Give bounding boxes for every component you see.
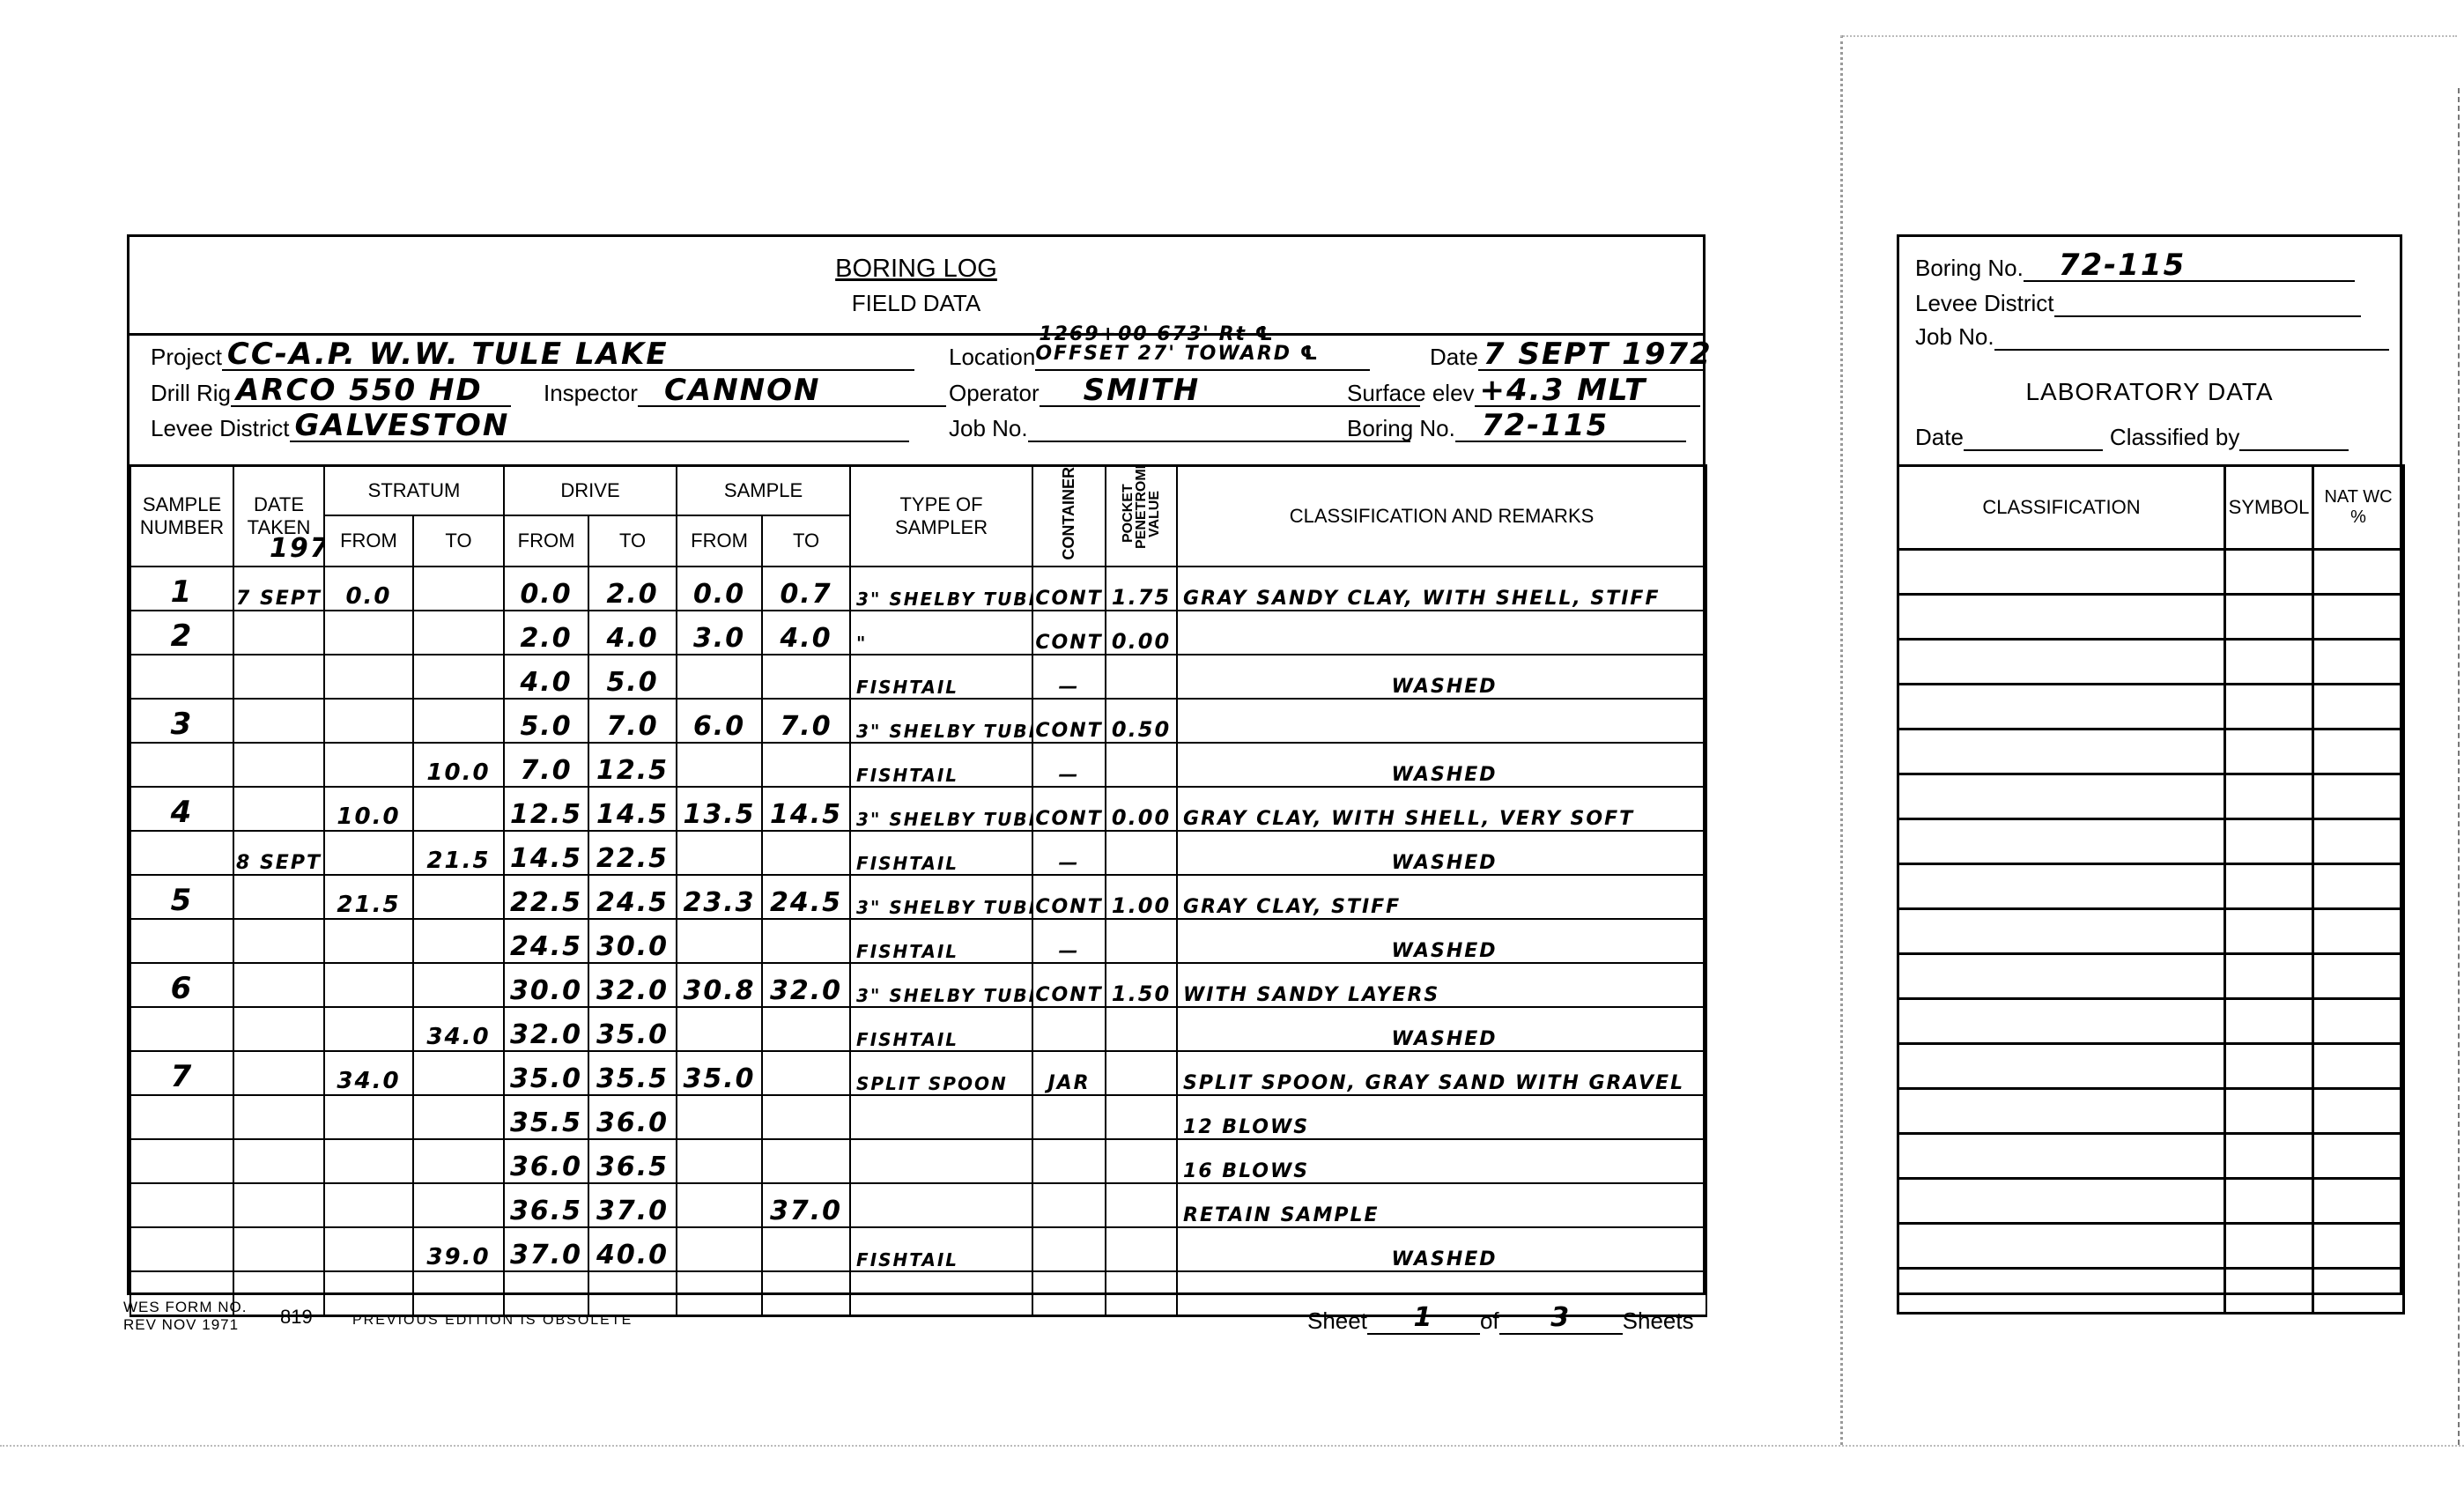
lab-nat-wc-cell[interactable] — [2313, 595, 2404, 640]
stratum-from-cell[interactable]: 21.5 — [324, 875, 413, 919]
penetrometer-cell[interactable] — [1106, 743, 1177, 787]
container-cell[interactable]: CONT — [1032, 699, 1106, 743]
stratum-from-cell[interactable] — [324, 1095, 413, 1139]
date-taken-cell[interactable] — [233, 919, 324, 963]
stratum-from-cell[interactable] — [324, 743, 413, 787]
stratum-from-cell[interactable] — [324, 1139, 413, 1183]
sampler-type-cell[interactable] — [850, 1271, 1032, 1316]
sample-to-cell[interactable]: 4.0 — [762, 611, 850, 655]
container-cell[interactable] — [1032, 1095, 1106, 1139]
remarks-cell[interactable]: RETAIN SAMPLE — [1177, 1183, 1706, 1227]
stratum-from-cell[interactable] — [324, 1183, 413, 1227]
header-sample: SAMPLE — [677, 466, 850, 516]
drive-to-cell[interactable]: 7.0 — [588, 699, 677, 743]
penetrometer-cell[interactable] — [1106, 831, 1177, 875]
lab-symbol-cell[interactable] — [2225, 999, 2313, 1044]
drive-to-cell[interactable]: 4.0 — [588, 611, 677, 655]
lab-symbol-cell[interactable] — [2225, 1089, 2313, 1134]
drive-to-cell[interactable]: 37.0 — [588, 1183, 677, 1227]
lab-symbol-cell[interactable] — [2225, 640, 2313, 685]
drive-from-cell[interactable]: 30.0 — [504, 963, 588, 1007]
stratum-to-cell[interactable]: 34.0 — [413, 1007, 504, 1051]
operator-label: Operator — [949, 380, 1040, 407]
header-stratum: STRATUM — [324, 466, 504, 516]
date-taken-cell[interactable] — [233, 1007, 324, 1051]
stratum-to-cell[interactable] — [413, 919, 504, 963]
drive-to-cell[interactable]: 30.0 — [588, 919, 677, 963]
perforation-line — [1840, 35, 1843, 1445]
penetrometer-cell[interactable]: 0.50 — [1106, 699, 1177, 743]
sampler-type-cell[interactable]: 3" SHELBY TUBE — [850, 567, 1032, 611]
penetrometer-cell[interactable] — [1106, 1007, 1177, 1051]
drive-from-cell[interactable]: 35.5 — [504, 1095, 588, 1139]
remarks-cell[interactable]: GRAY SANDY CLAY, WITH SHELL, STIFF — [1177, 567, 1706, 611]
container-cell[interactable]: CONT — [1032, 611, 1106, 655]
sample-from-cell[interactable]: 13.5 — [677, 787, 762, 831]
container-cell[interactable]: CONT — [1032, 567, 1106, 611]
lab-nat-wc-cell[interactable] — [2313, 640, 2404, 685]
header-drive-from: FROM — [504, 515, 588, 566]
lab-nat-wc-cell[interactable] — [2313, 909, 2404, 954]
remarks-cell[interactable]: WASHED — [1177, 743, 1706, 787]
drive-to-cell[interactable]: 35.0 — [588, 1007, 677, 1051]
sample-number-cell[interactable] — [130, 1007, 233, 1051]
sample-number-cell[interactable] — [130, 655, 233, 699]
container-cell[interactable]: — — [1032, 655, 1106, 699]
drive-to-cell[interactable]: 14.5 — [588, 787, 677, 831]
sample-to-cell[interactable] — [762, 831, 850, 875]
lab-classification-cell[interactable] — [1898, 819, 2225, 864]
lab-symbol-cell[interactable] — [2225, 774, 2313, 819]
lab-levee-district-field[interactable]: Levee District — [1915, 290, 2361, 317]
drive-from-cell[interactable] — [504, 1271, 588, 1316]
sample-to-cell[interactable] — [762, 1139, 850, 1183]
lab-table-row — [1898, 595, 2404, 640]
lab-boring-no-field[interactable]: Boring No. 72-115 — [1915, 255, 2355, 282]
sample-from-cell[interactable] — [677, 1271, 762, 1316]
drive-from-cell[interactable]: 37.0 — [504, 1227, 588, 1271]
sheet-label: Sheet — [1307, 1307, 1367, 1335]
header-sample-from: FROM — [677, 515, 762, 566]
lab-classification-cell[interactable] — [1898, 774, 2225, 819]
sample-to-cell[interactable]: 7.0 — [762, 699, 850, 743]
drive-from-cell[interactable]: 5.0 — [504, 699, 588, 743]
stratum-to-cell[interactable] — [413, 1183, 504, 1227]
lab-nat-wc-cell[interactable] — [2313, 1134, 2404, 1179]
sample-number-cell[interactable] — [130, 743, 233, 787]
form-no-label: WES FORM NO. — [123, 1299, 247, 1316]
sample-number-cell[interactable]: 7 — [130, 1051, 233, 1095]
lab-classified-by-field[interactable] — [2239, 425, 2349, 451]
sample-from-cell[interactable] — [677, 1183, 762, 1227]
lab-classification-cell[interactable] — [1898, 640, 2225, 685]
remarks-cell[interactable]: 12 BLOWS — [1177, 1095, 1706, 1139]
stratum-from-cell[interactable] — [324, 1227, 413, 1271]
stratum-from-cell[interactable] — [324, 655, 413, 699]
lab-nat-wc-cell[interactable] — [2313, 1044, 2404, 1089]
sample-number-cell[interactable] — [130, 1095, 233, 1139]
date-taken-cell[interactable] — [233, 743, 324, 787]
lab-job-no-field[interactable]: Job No. — [1915, 323, 2389, 351]
project-field[interactable]: Project CC-A.P. W.W. TULE LAKE — [151, 343, 914, 371]
drive-from-cell[interactable]: 24.5 — [504, 919, 588, 963]
drive-to-cell[interactable]: 32.0 — [588, 963, 677, 1007]
lab-nat-wc-cell[interactable] — [2313, 729, 2404, 774]
lab-symbol-cell[interactable] — [2225, 729, 2313, 774]
container-cell[interactable] — [1032, 1007, 1106, 1051]
sample-to-cell[interactable]: 0.7 — [762, 567, 850, 611]
lab-classification-cell[interactable] — [1898, 685, 2225, 729]
remarks-cell[interactable]: WASHED — [1177, 831, 1706, 875]
date-taken-cell[interactable]: 7 SEPT — [233, 567, 324, 611]
location-value-line2: OFFSET 27' TOWARD ℄ — [1035, 339, 1319, 369]
sampler-type-cell[interactable]: FISHTAIL — [850, 831, 1032, 875]
penetrometer-cell[interactable] — [1106, 1051, 1177, 1095]
lab-nat-wc-cell[interactable] — [2313, 954, 2404, 999]
container-cell[interactable]: CONT — [1032, 875, 1106, 919]
stratum-from-cell[interactable]: 0.0 — [324, 567, 413, 611]
sheet-number: 1 — [1367, 1302, 1480, 1333]
date-taken-cell[interactable]: 8 SEPT — [233, 831, 324, 875]
sample-number-cell[interactable]: 3 — [130, 699, 233, 743]
lab-nat-wc-cell[interactable] — [2313, 1089, 2404, 1134]
container-cell[interactable]: CONT — [1032, 963, 1106, 1007]
lab-nat-wc-cell[interactable] — [2313, 550, 2404, 595]
stratum-from-cell[interactable] — [324, 1007, 413, 1051]
stratum-to-cell[interactable]: 10.0 — [413, 743, 504, 787]
sheet-number-field[interactable]: 1 — [1367, 1308, 1480, 1335]
remarks-cell[interactable] — [1177, 611, 1706, 655]
stratum-from-cell[interactable] — [324, 699, 413, 743]
lab-classification-table: CLASSIFICATION SYMBOL NAT WC% — [1897, 464, 2405, 1315]
container-cell[interactable]: — — [1032, 919, 1106, 963]
sample-number-cell[interactable] — [130, 1227, 233, 1271]
date-taken-cell[interactable] — [233, 963, 324, 1007]
remarks-cell[interactable]: SPLIT SPOON, GRAY SAND WITH GRAVEL — [1177, 1051, 1706, 1095]
sample-from-cell[interactable]: 0.0 — [677, 567, 762, 611]
stratum-from-cell[interactable] — [324, 1271, 413, 1316]
remarks-cell[interactable]: WASHED — [1177, 655, 1706, 699]
sample-from-cell[interactable]: 6.0 — [677, 699, 762, 743]
drive-from-cell[interactable]: 22.5 — [504, 875, 588, 919]
drive-to-cell[interactable]: 2.0 — [588, 567, 677, 611]
sample-to-cell[interactable] — [762, 655, 850, 699]
lab-table-row — [1898, 1134, 2404, 1179]
sample-to-cell[interactable] — [762, 1007, 850, 1051]
table-row: 734.035.035.535.0SPLIT SPOONJARSPLIT SPO… — [130, 1051, 1706, 1095]
container-cell[interactable] — [1032, 1139, 1106, 1183]
drive-from-cell[interactable]: 14.5 — [504, 831, 588, 875]
lab-table-row — [1898, 954, 2404, 999]
lab-header-classification: CLASSIFICATION — [1898, 466, 2225, 550]
remarks-cell[interactable]: WASHED — [1177, 1227, 1706, 1271]
drive-to-cell[interactable]: 5.0 — [588, 655, 677, 699]
drive-from-cell[interactable]: 36.0 — [504, 1139, 588, 1183]
penetrometer-cell[interactable] — [1106, 1139, 1177, 1183]
drive-to-cell[interactable]: 36.0 — [588, 1095, 677, 1139]
sampler-type-cell[interactable]: FISHTAIL — [850, 919, 1032, 963]
drive-to-cell[interactable]: 12.5 — [588, 743, 677, 787]
drive-from-cell[interactable]: 4.0 — [504, 655, 588, 699]
drive-to-cell[interactable]: 22.5 — [588, 831, 677, 875]
sample-from-cell[interactable] — [677, 1095, 762, 1139]
lab-nat-wc-cell[interactable] — [2313, 1224, 2404, 1269]
sample-number-cell[interactable] — [130, 1139, 233, 1183]
sampler-type-cell[interactable]: " — [850, 611, 1032, 655]
sample-to-cell[interactable]: 37.0 — [762, 1183, 850, 1227]
remarks-cell[interactable] — [1177, 699, 1706, 743]
sample-number-cell[interactable]: 4 — [130, 787, 233, 831]
lab-nat-wc-cell[interactable] — [2313, 685, 2404, 729]
lab-symbol-cell[interactable] — [2225, 1134, 2313, 1179]
stratum-to-cell[interactable]: 21.5 — [413, 831, 504, 875]
sampler-type-cell[interactable]: 3" SHELBY TUBE — [850, 787, 1032, 831]
drive-from-cell[interactable]: 0.0 — [504, 567, 588, 611]
inspector-field[interactable]: Inspector CANNON — [544, 379, 946, 407]
remarks-cell[interactable]: WITH SANDY LAYERS — [1177, 963, 1706, 1007]
stratum-to-cell[interactable] — [413, 567, 504, 611]
stratum-from-cell[interactable] — [324, 611, 413, 655]
lab-symbol-cell[interactable] — [2225, 685, 2313, 729]
remarks-cell[interactable]: GRAY CLAY, WITH SHELL, VERY SOFT — [1177, 787, 1706, 831]
sample-number-cell[interactable] — [130, 919, 233, 963]
lab-table-row — [1898, 1269, 2404, 1314]
stratum-to-cell[interactable] — [413, 1051, 504, 1095]
lab-nat-wc-cell[interactable] — [2313, 1179, 2404, 1224]
sample-to-cell[interactable] — [762, 743, 850, 787]
remarks-cell[interactable]: WASHED — [1177, 919, 1706, 963]
drive-from-cell[interactable]: 7.0 — [504, 743, 588, 787]
sample-from-cell[interactable] — [677, 1227, 762, 1271]
drive-from-cell[interactable]: 2.0 — [504, 611, 588, 655]
sheets-label: Sheets — [1623, 1307, 1694, 1335]
container-cell[interactable]: CONT — [1032, 787, 1106, 831]
lab-nat-wc-cell[interactable] — [2313, 864, 2404, 909]
date-taken-cell[interactable] — [233, 655, 324, 699]
lab-classified-by-label: Classified by — [2110, 424, 2239, 451]
lab-header-nat-wc: NAT WC% — [2313, 466, 2404, 550]
stratum-to-cell[interactable] — [413, 787, 504, 831]
drive-from-cell[interactable]: 12.5 — [504, 787, 588, 831]
sampler-type-cell[interactable]: 3" SHELBY TUBE — [850, 963, 1032, 1007]
sampler-type-cell[interactable]: FISHTAIL — [850, 1007, 1032, 1051]
date-taken-cell[interactable] — [233, 699, 324, 743]
levee-district-value: GALVESTON — [295, 411, 510, 441]
date-taken-cell[interactable] — [233, 1139, 324, 1183]
header-type-of-sampler: TYPE OFSAMPLER — [850, 466, 1032, 567]
table-row: 4.05.0FISHTAIL—WASHED — [130, 655, 1706, 699]
drive-from-cell[interactable]: 36.5 — [504, 1183, 588, 1227]
lab-symbol-cell[interactable] — [2225, 595, 2313, 640]
stratum-from-cell[interactable]: 34.0 — [324, 1051, 413, 1095]
lab-nat-wc-cell[interactable] — [2313, 999, 2404, 1044]
container-cell[interactable] — [1032, 1227, 1106, 1271]
stratum-to-cell[interactable] — [413, 1271, 504, 1316]
stratum-from-cell[interactable]: 10.0 — [324, 787, 413, 831]
drill-rig-field[interactable]: Drill Rig ARCO 550 HD — [151, 379, 511, 407]
drive-to-cell[interactable] — [588, 1271, 677, 1316]
sheet-counter: Sheet 1 of 3 Sheets — [1307, 1307, 1694, 1335]
sample-number-cell[interactable] — [130, 1183, 233, 1227]
drive-to-cell[interactable]: 36.5 — [588, 1139, 677, 1183]
sample-to-cell[interactable] — [762, 1051, 850, 1095]
container-cell[interactable] — [1032, 1183, 1106, 1227]
sampler-type-cell[interactable]: FISHTAIL — [850, 743, 1032, 787]
lab-symbol-cell[interactable] — [2225, 954, 2313, 999]
remarks-cell[interactable]: 16 BLOWS — [1177, 1139, 1706, 1183]
lab-table-row — [1898, 1224, 2404, 1269]
sample-from-cell[interactable]: 30.8 — [677, 963, 762, 1007]
lab-header-symbol: SYMBOL — [2225, 466, 2313, 550]
sample-to-cell[interactable] — [762, 1227, 850, 1271]
sample-from-cell[interactable]: 3.0 — [677, 611, 762, 655]
surface-elev-field[interactable]: Surface elev +4.3 MLT — [1347, 379, 1700, 407]
sample-to-cell[interactable]: 14.5 — [762, 787, 850, 831]
drive-to-cell[interactable]: 35.5 — [588, 1051, 677, 1095]
lab-symbol-cell[interactable] — [2225, 864, 2313, 909]
penetrometer-cell[interactable] — [1106, 919, 1177, 963]
date-taken-cell[interactable] — [233, 611, 324, 655]
lab-classification-cell[interactable] — [1898, 1044, 2225, 1089]
container-cell[interactable]: — — [1032, 831, 1106, 875]
date-taken-cell[interactable] — [233, 1183, 324, 1227]
sample-to-cell[interactable] — [762, 1271, 850, 1316]
date-taken-cell[interactable] — [233, 1051, 324, 1095]
penetrometer-cell[interactable] — [1106, 1271, 1177, 1316]
lab-symbol-cell[interactable] — [2225, 819, 2313, 864]
lab-classification-cell[interactable] — [1898, 595, 2225, 640]
drive-from-cell[interactable]: 35.0 — [504, 1051, 588, 1095]
stratum-from-cell[interactable] — [324, 919, 413, 963]
lab-job-no-label: Job No. — [1915, 323, 1994, 351]
lab-symbol-cell[interactable] — [2225, 1224, 2313, 1269]
sampler-type-cell[interactable] — [850, 1183, 1032, 1227]
table-row: 17 SEPT0.00.02.00.00.73" SHELBY TUBECONT… — [130, 567, 1706, 611]
sample-number-cell[interactable] — [130, 831, 233, 875]
sampler-type-cell[interactable] — [850, 1095, 1032, 1139]
boring-no-label: Boring No. — [1347, 415, 1455, 442]
sample-from-cell[interactable] — [677, 1007, 762, 1051]
drive-to-cell[interactable]: 24.5 — [588, 875, 677, 919]
lab-classification-cell[interactable] — [1898, 1134, 2225, 1179]
location-field[interactable]: Location 1269+00 673' Rt ℄ OFFSET 27' TO… — [949, 343, 1370, 371]
sheet-total-field[interactable]: 3 — [1499, 1308, 1623, 1335]
stratum-to-cell[interactable] — [413, 875, 504, 919]
stratum-to-cell[interactable] — [413, 655, 504, 699]
sample-number-cell[interactable]: 2 — [130, 611, 233, 655]
lab-classification-cell[interactable] — [1898, 1179, 2225, 1224]
lab-classification-cell[interactable] — [1898, 1269, 2225, 1314]
penetrometer-cell[interactable]: 0.00 — [1106, 787, 1177, 831]
sample-number-cell[interactable]: 6 — [130, 963, 233, 1007]
penetrometer-cell[interactable] — [1106, 1227, 1177, 1271]
sample-to-cell[interactable] — [762, 1095, 850, 1139]
stratum-to-cell[interactable] — [413, 699, 504, 743]
boring-no-field[interactable]: Boring No. 72-115 — [1347, 414, 1686, 442]
sample-to-cell[interactable]: 24.5 — [762, 875, 850, 919]
stratum-to-cell[interactable] — [413, 963, 504, 1007]
penetrometer-cell[interactable]: 1.75 — [1106, 567, 1177, 611]
penetrometer-cell[interactable]: 1.50 — [1106, 963, 1177, 1007]
date-taken-cell[interactable] — [233, 787, 324, 831]
job-no-field[interactable]: Job No. — [949, 414, 1410, 442]
remarks-cell[interactable]: GRAY CLAY, STIFF — [1177, 875, 1706, 919]
lab-symbol-cell[interactable] — [2225, 1044, 2313, 1089]
levee-district-label: Levee District — [151, 415, 290, 442]
container-cell[interactable] — [1032, 1271, 1106, 1316]
lab-symbol-cell[interactable] — [2225, 1179, 2313, 1224]
sample-from-cell[interactable] — [677, 655, 762, 699]
sample-from-cell[interactable]: 23.3 — [677, 875, 762, 919]
sample-from-cell[interactable]: 35.0 — [677, 1051, 762, 1095]
lab-classification-cell[interactable] — [1898, 954, 2225, 999]
container-cell[interactable]: JAR — [1032, 1051, 1106, 1095]
sampler-type-cell[interactable]: 3" SHELBY TUBE — [850, 699, 1032, 743]
lab-nat-wc-cell[interactable] — [2313, 1269, 2404, 1314]
lab-classification-cell[interactable] — [1898, 864, 2225, 909]
lab-classification-cell[interactable] — [1898, 729, 2225, 774]
table-header: SAMPLENUMBER DATETAKEN 1972 STRATUM DRIV… — [130, 466, 1706, 567]
lab-classification-cell[interactable] — [1898, 1224, 2225, 1269]
stratum-to-cell[interactable]: 39.0 — [413, 1227, 504, 1271]
sample-from-cell[interactable] — [677, 919, 762, 963]
sample-number-cell[interactable]: 1 — [130, 567, 233, 611]
lab-nat-wc-cell[interactable] — [2313, 819, 2404, 864]
stratum-from-cell[interactable] — [324, 963, 413, 1007]
lab-symbol-cell[interactable] — [2225, 550, 2313, 595]
sample-from-cell[interactable] — [677, 831, 762, 875]
date-taken-cell[interactable] — [233, 1095, 324, 1139]
date-field[interactable]: Date 7 SEPT 1972 — [1430, 343, 1706, 371]
lab-symbol-cell[interactable] — [2225, 1269, 2313, 1314]
sample-from-cell[interactable] — [677, 743, 762, 787]
date-taken-cell[interactable] — [233, 875, 324, 919]
sampler-type-cell[interactable]: FISHTAIL — [850, 1227, 1032, 1271]
container-cell[interactable]: — — [1032, 743, 1106, 787]
lab-classification-cell[interactable] — [1898, 550, 2225, 595]
penetrometer-cell[interactable] — [1106, 1095, 1177, 1139]
sampler-type-cell[interactable]: SPLIT SPOON — [850, 1051, 1032, 1095]
lab-classification-cell[interactable] — [1898, 999, 2225, 1044]
lab-nat-wc-cell[interactable] — [2313, 774, 2404, 819]
remarks-cell[interactable]: WASHED — [1177, 1007, 1706, 1051]
penetrometer-cell[interactable] — [1106, 655, 1177, 699]
sample-to-cell[interactable]: 32.0 — [762, 963, 850, 1007]
lab-classification-cell[interactable] — [1898, 909, 2225, 954]
levee-district-field[interactable]: Levee District GALVESTON — [151, 414, 909, 442]
drive-from-cell[interactable]: 32.0 — [504, 1007, 588, 1051]
penetrometer-cell[interactable] — [1106, 1183, 1177, 1227]
header-date-taken: DATETAKEN 1972 — [233, 466, 324, 567]
stratum-to-cell[interactable] — [413, 1139, 504, 1183]
drive-to-cell[interactable]: 40.0 — [588, 1227, 677, 1271]
sampler-type-cell[interactable] — [850, 1139, 1032, 1183]
lab-date-field[interactable]: Date Classified by — [1915, 424, 2349, 451]
stratum-from-cell[interactable] — [324, 831, 413, 875]
sample-number-cell[interactable]: 5 — [130, 875, 233, 919]
stratum-to-cell[interactable] — [413, 611, 504, 655]
sample-to-cell[interactable] — [762, 919, 850, 963]
penetrometer-cell[interactable]: 0.00 — [1106, 611, 1177, 655]
sample-from-cell[interactable] — [677, 1139, 762, 1183]
date-taken-cell[interactable] — [233, 1227, 324, 1271]
sampler-type-cell[interactable]: FISHTAIL — [850, 655, 1032, 699]
lab-symbol-cell[interactable] — [2225, 909, 2313, 954]
stratum-to-cell[interactable] — [413, 1095, 504, 1139]
lab-classification-cell[interactable] — [1898, 1089, 2225, 1134]
sampler-type-cell[interactable]: 3" SHELBY TUBE — [850, 875, 1032, 919]
penetrometer-cell[interactable]: 1.00 — [1106, 875, 1177, 919]
